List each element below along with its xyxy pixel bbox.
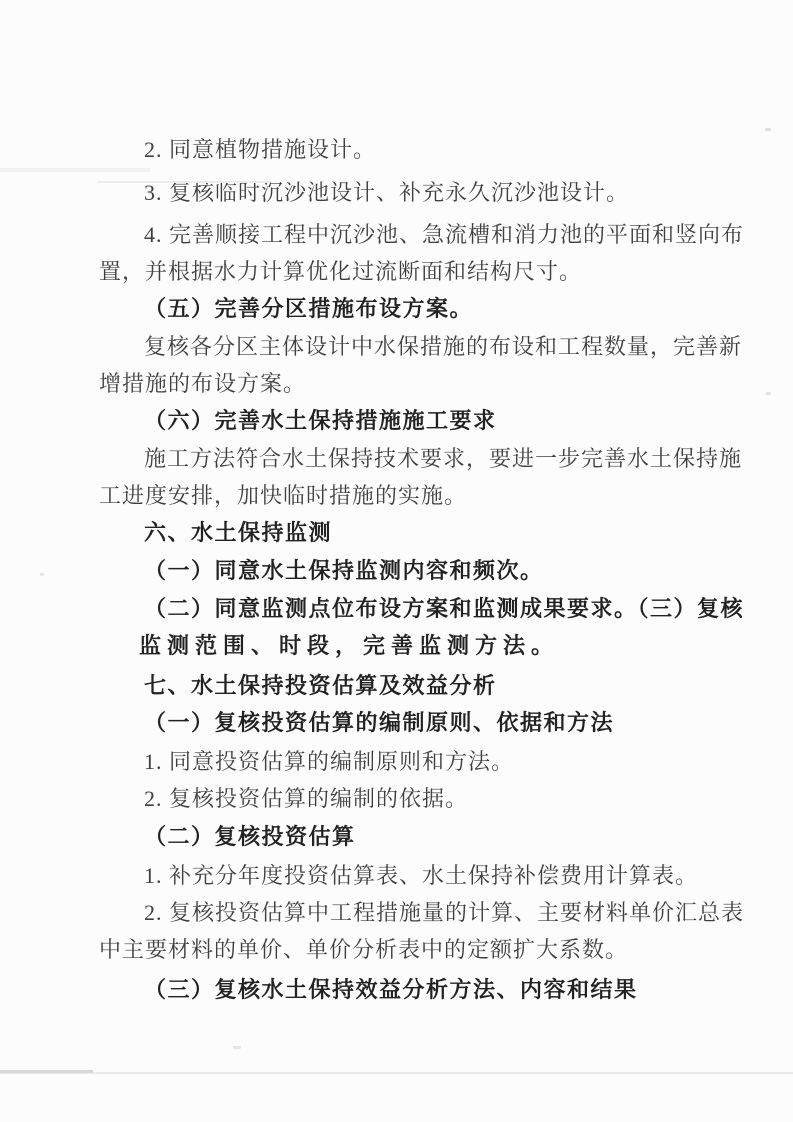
text-line: 增措施的布设方案。 (99, 369, 306, 399)
document-page: 2. 同意植物措施设计。3. 复核临时沉沙池设计、补充永久沉沙池设计。4. 完善… (0, 0, 793, 1122)
text-line: 中主要材料的单价、单价分析表中的定额扩大系数。 (99, 935, 628, 965)
text-line: 1. 补充分年度投资估算表、水土保持补偿费用计算表。 (144, 861, 698, 891)
scan-speck (40, 573, 44, 576)
text-line: 监测范围、时段，完善监测方法。 (139, 631, 559, 661)
text-line: （二）复核投资估算 (144, 822, 356, 852)
text-line: （五）完善分区措施布设方案。 (144, 294, 473, 324)
text-line: 1. 同意投资估算的编制原则和方法。 (144, 747, 514, 777)
text-line: 3. 复核临时沉沙池设计、补充永久沉沙池设计。 (144, 178, 629, 208)
text-line: 七、水土保持投资估算及效益分析 (144, 671, 497, 701)
text-line: （六）完善水土保持措施施工要求 (144, 406, 497, 436)
scan-artifact-line (0, 1072, 793, 1074)
text-line: （一）同意水土保持监测内容和频次。 (144, 556, 544, 586)
text-line: 2. 复核投资估算的编制的依据。 (144, 784, 468, 814)
text-line: 2. 同意植物措施设计。 (144, 135, 376, 165)
text-line: 2. 复核投资估算中工程措施量的计算、主要材料单价汇总表 (144, 898, 744, 928)
text-line: 六、水土保持监测 (144, 518, 332, 548)
text-line: （二）同意监测点位布设方案和监测成果要求。（三）复核 (144, 594, 744, 624)
text-line: 工进度安排，加快临时措施的实施。 (99, 481, 467, 511)
scan-speck (233, 1046, 241, 1049)
text-line: 施工方法符合水土保持技术要求，要进一步完善水土保持施 (144, 444, 742, 474)
text-line: 置，并根据水力计算优化过流断面和结构尺寸。 (99, 257, 582, 287)
scan-speck (766, 392, 771, 395)
text-line: 4. 完善顺接工程中沉沙池、急流槽和消力池的平面和竖向布 (144, 220, 744, 250)
text-line: （一）复核投资估算的编制原则、依据和方法 (144, 708, 614, 738)
scan-artifact-line (0, 1070, 93, 1073)
scan-speck (765, 128, 771, 131)
text-line: 复核各分区主体设计中水保措施的布设和工程数量，完善新 (144, 332, 742, 362)
text-line: （三）复核水土保持效益分析方法、内容和结果 (144, 975, 638, 1005)
scan-artifact-band (0, 168, 150, 172)
